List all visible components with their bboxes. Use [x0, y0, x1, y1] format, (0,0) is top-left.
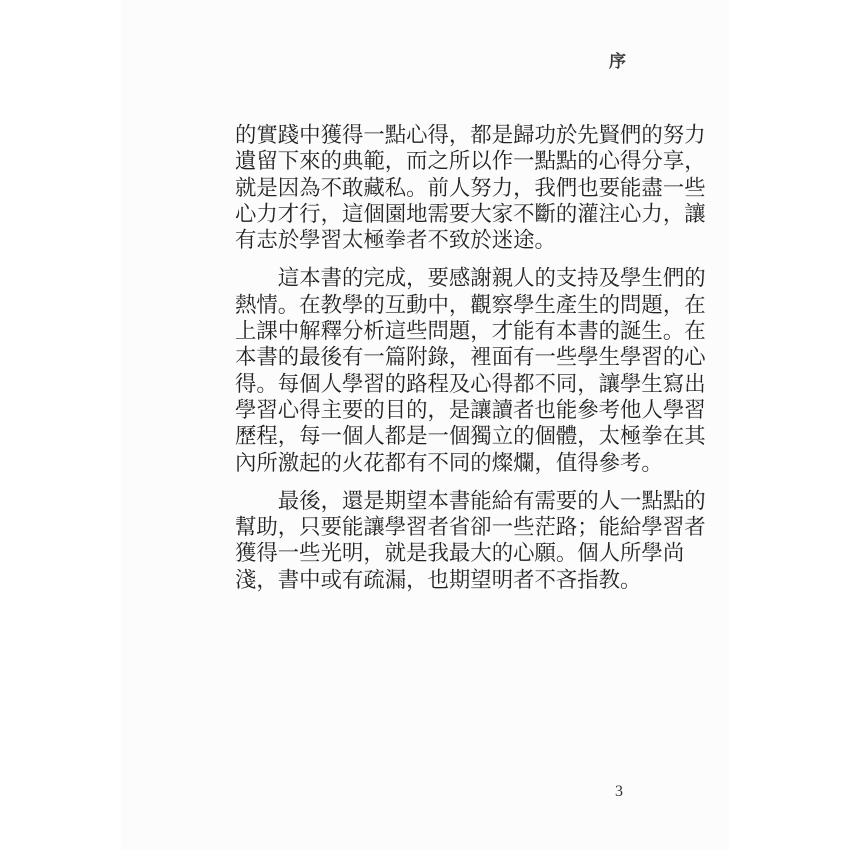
paragraph-1: 的實踐中獲得一點心得，都是歸功於先賢們的努力 遺留下來的典範，而之所以作一點點的…	[235, 123, 625, 254]
text-line: 有志於學習太極拳者不致於迷途。	[235, 228, 625, 254]
text-line: 淺，書中或有疏漏，也期望明者不吝指教。	[235, 568, 625, 594]
text-line: 遺留下來的典範，而之所以作一點點的心得分享，	[235, 149, 625, 175]
text-line: 最後，還是期望本書能給有需要的人一點點的	[235, 489, 625, 515]
text-line: 心力才行，這個園地需要大家不斷的灌注心力，讓	[235, 202, 625, 228]
text-line: 歷程，每一個人都是一個獨立的個體，太極拳在其	[235, 424, 625, 450]
text-line: 得。每個人學習的路程及心得都不同，讓學生寫出	[235, 372, 625, 398]
text-line: 這本書的完成，要感謝親人的支持及學生們的	[235, 266, 625, 292]
text-line: 本書的最後有一篇附錄，裡面有一些學生學習的心	[235, 345, 625, 371]
body-text: 的實踐中獲得一點心得，都是歸功於先賢們的努力 遺留下來的典範，而之所以作一點點的…	[235, 123, 625, 606]
text-line: 熱情。在教學的互動中，觀察學生產生的問題，在	[235, 293, 625, 319]
text-line: 幫助，只要能讓學習者省卻一些茫路；能給學習者	[235, 515, 625, 541]
text-line: 上課中解釋分析這些問題，才能有本書的誕生。在	[235, 319, 625, 345]
text-line: 學習心得主要的目的，是讓讀者也能參考他人學習	[235, 398, 625, 424]
chapter-header: 序	[609, 51, 626, 73]
text-line: 內所激起的火花都有不同的燦爛，值得參考。	[235, 451, 625, 477]
page-number: 3	[615, 782, 623, 802]
paragraph-2: 這本書的完成，要感謝親人的支持及學生們的 熱情。在教學的互動中，觀察學生產生的問…	[235, 266, 625, 476]
text-line: 的實踐中獲得一點心得，都是歸功於先賢們的努力	[235, 123, 625, 149]
text-line: 就是因為不敢藏私。前人努力，我們也要能盡一些	[235, 176, 625, 202]
paragraph-3: 最後，還是期望本書能給有需要的人一點點的 幫助，只要能讓學習者省卻一些茫路；能給…	[235, 489, 625, 594]
text-line: 獲得一些光明，就是我最大的心願。個人所學尚	[235, 541, 625, 567]
